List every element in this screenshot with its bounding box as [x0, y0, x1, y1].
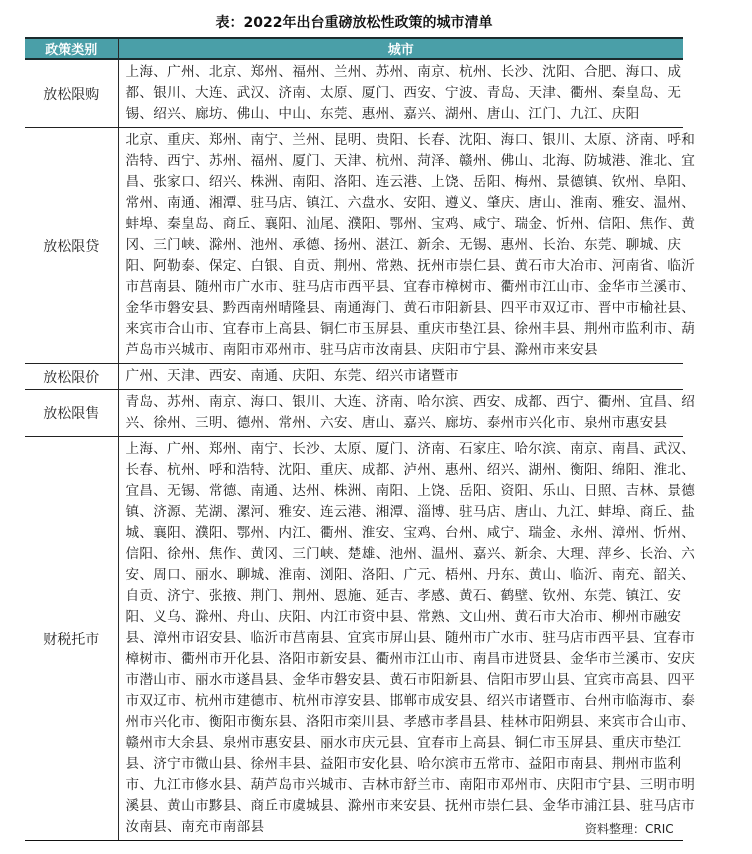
city-list-line: 赣州市大余县、泉州市惠安县、丽水市庆元县、宜春市上高县、铜仁市玉屏县、重庆市垫江	[126, 733, 678, 754]
city-list-line: 金华市磐安县、黔西南州晴隆县、南通海门、黄石市阳新县、四平市双辽市、晋中市榆社县…	[126, 298, 678, 319]
city-list-cell: 广州、天津、西安、南通、庆阳、东莞、绍兴市诸暨市	[118, 364, 683, 390]
city-list-line: 县、漳州市诏安县、临沂市莒南县、宜宾市屏山县、随州市广水市、驻马店市西平县、宜春…	[126, 628, 678, 649]
table-body: 放松限购上海、广州、北京、郑州、福州、兰州、苏州、南京、杭州、长沙、沈阳、合肥、…	[25, 59, 683, 841]
city-list-line: 溪县、黄山市黟县、商丘市虞城县、滁州市来安县、抚州市崇仁县、金华市浦江县、驻马店…	[126, 796, 678, 817]
table-row: 放松限贷北京、重庆、郑州、南宁、兰州、昆明、贵阳、长春、沈阳、海口、银川、太原、…	[25, 128, 683, 364]
city-list-line: 常州、南通、湘潭、驻马店、镇江、六盘水、安阳、遵义、肇庆、唐山、淮南、雅安、温州…	[126, 193, 678, 214]
policy-city-table: 政策类别 城市 放松限购上海、广州、北京、郑州、福州、兰州、苏州、南京、杭州、长…	[25, 37, 683, 841]
policy-category-cell: 放松限贷	[25, 128, 118, 364]
city-list-line: 冈、三门峡、滁州、池州、承德、扬州、湛江、新余、无锡、惠州、长治、东莞、聊城、庆	[126, 235, 678, 256]
table-row: 放松限价广州、天津、西安、南通、庆阳、东莞、绍兴市诸暨市	[25, 364, 683, 390]
table-row: 财税托市上海、广州、郑州、南宁、长沙、太原、厦门、济南、石家庄、哈尔滨、南京、南…	[25, 437, 683, 841]
city-list-line: 浩特、西宁、苏州、福州、厦门、天津、杭州、菏泽、赣州、佛山、北海、防城港、淮北、…	[126, 151, 678, 172]
city-list-line: 自贡、济宁、张掖、荆门、荆州、恩施、延吉、孝感、黄石、鹤壁、钦州、东莞、镇江、安	[126, 586, 678, 607]
city-list-line: 北京、重庆、郑州、南宁、兰州、昆明、贵阳、长春、沈阳、海口、银川、太原、济南、呼…	[126, 130, 678, 151]
source-note: 资料整理：CRIC	[585, 820, 674, 837]
city-list-line: 青岛、苏州、南京、海口、银川、大连、济南、哈尔滨、西安、成都、西宁、衢州、宜昌、…	[126, 392, 678, 413]
city-list-line: 昌、张家口、绍兴、株洲、南阳、洛阳、连云港、上饶、岳阳、梅州、景德镇、钦州、阜阳…	[126, 172, 678, 193]
city-list-line: 安、周口、丽水、聊城、淮南、浏阳、洛阳、广元、梧州、丹东、黄山、临沂、南充、韶关…	[126, 565, 678, 586]
table-title: 表：2022年出台重磅放松性政策的城市清单	[0, 12, 708, 32]
table-row: 放松限售青岛、苏州、南京、海口、银川、大连、济南、哈尔滨、西安、成都、西宁、衢州…	[25, 390, 683, 437]
table-header-row: 政策类别 城市	[25, 38, 683, 59]
policy-category-cell: 放松限价	[25, 364, 118, 390]
city-list-cell: 青岛、苏州、南京、海口、银川、大连、济南、哈尔滨、西安、成都、西宁、衢州、宜昌、…	[118, 390, 683, 437]
city-list-line: 阳、阿勒泰、保定、白银、自贡、荆州、常熟、抚州市崇仁县、黄石市大冶市、河南省、临…	[126, 256, 678, 277]
city-list-cell: 北京、重庆、郑州、南宁、兰州、昆明、贵阳、长春、沈阳、海口、银川、太原、济南、呼…	[118, 128, 683, 364]
policy-category-cell: 放松限售	[25, 390, 118, 437]
city-list-line: 市莒南县、随州市广水市、驻马店市西平县、宜春市樟树市、衢州市江山市、金华市兰溪市…	[126, 277, 678, 298]
header-cities: 城市	[118, 38, 683, 59]
city-list-line: 锡、绍兴、廊坊、佛山、中山、东莞、惠州、嘉兴、湖州、唐山、江门、九江、庆阳	[126, 104, 678, 125]
city-list-line: 宜昌、无锡、常德、南通、达州、株洲、南阳、上饶、岳阳、资阳、乐山、日照、吉林、景…	[126, 481, 678, 502]
city-list-line: 樟树市、衢州市开化县、洛阳市新安县、衢州市江山市、南昌市进贤县、金华市兰溪市、安…	[126, 649, 678, 670]
city-list-line: 芦岛市兴城市、南阳市邓州市、驻马店市汝南县、庆阳市宁县、滁州市来安县	[126, 340, 678, 361]
city-list-line: 都、银川、大连、武汉、济南、太原、厦门、西安、宁波、青岛、天津、衢州、秦皇岛、无	[126, 83, 678, 104]
city-list-line: 兴、徐州、三明、德州、常州、六安、唐山、嘉兴、廊坊、泰州市兴化市、泉州市惠安县	[126, 413, 678, 434]
city-list-line: 上海、广州、郑州、南宁、长沙、太原、厦门、济南、石家庄、哈尔滨、南京、南昌、武汉…	[126, 439, 678, 460]
city-list-line: 广州、天津、西安、南通、庆阳、东莞、绍兴市诸暨市	[126, 366, 678, 387]
city-list-line: 县、济宁市微山县、徐州丰县、益阳市安化县、哈尔滨市五常市、益阳市南县、荆州市监利	[126, 754, 678, 775]
city-list-line: 信阳、徐州、焦作、黄冈、三门峡、楚雄、池州、温州、嘉兴、新余、大理、萍乡、长治、…	[126, 544, 678, 565]
city-list-line: 来宾市合山市、宜春市上高县、铜仁市玉屏县、重庆市垫江县、徐州丰县、荆州市监利市、…	[126, 319, 678, 340]
table-row: 放松限购上海、广州、北京、郑州、福州、兰州、苏州、南京、杭州、长沙、沈阳、合肥、…	[25, 59, 683, 128]
city-list-line: 长春、杭州、呼和浩特、沈阳、重庆、成都、泸州、惠州、绍兴、湖州、衡阳、绵阳、淮北…	[126, 460, 678, 481]
city-list-line: 阳、义乌、滁州、舟山、庆阳、内江市资中县、常熟、文山州、黄石市大冶市、柳州市融安	[126, 607, 678, 628]
policy-category-cell: 财税托市	[25, 437, 118, 841]
city-list-line: 镇、济源、芜湖、漯河、雅安、连云港、湘潭、淄博、驻马店、唐山、九江、蚌埠、商丘、…	[126, 502, 678, 523]
header-policy-category: 政策类别	[25, 38, 118, 59]
city-list-line: 州市兴化市、衡阳市衡东县、洛阳市栾川县、孝感市孝昌县、桂林市阳朔县、来宾市合山市…	[126, 712, 678, 733]
city-list-line: 市潜山市、丽水市遂昌县、金华市磐安县、黄石市阳新县、信阳市罗山县、宜宾市高县、四…	[126, 670, 678, 691]
city-list-line: 蚌埠、秦皇岛、商丘、襄阳、汕尾、濮阳、鄂州、宝鸡、咸宁、瑞金、忻州、信阳、焦作、…	[126, 214, 678, 235]
city-list-line: 城、襄阳、濮阳、鄂州、内江、衢州、淮安、宝鸡、台州、咸宁、瑞金、永州、漳州、忻州…	[126, 523, 678, 544]
city-list-line: 上海、广州、北京、郑州、福州、兰州、苏州、南京、杭州、长沙、沈阳、合肥、海口、成	[126, 62, 678, 83]
policy-category-cell: 放松限购	[25, 59, 118, 128]
city-list-cell: 上海、广州、郑州、南宁、长沙、太原、厦门、济南、石家庄、哈尔滨、南京、南昌、武汉…	[118, 437, 683, 841]
city-list-cell: 上海、广州、北京、郑州、福州、兰州、苏州、南京、杭州、长沙、沈阳、合肥、海口、成…	[118, 59, 683, 128]
city-list-line: 市、九江市修水县、葫芦岛市兴城市、吉林市舒兰市、南阳市邓州市、庆阳市宁县、三明市…	[126, 775, 678, 796]
city-list-line: 市双辽市、杭州市建德市、杭州市淳安县、邯郸市成安县、绍兴市诸暨市、台州市临海市、…	[126, 691, 678, 712]
